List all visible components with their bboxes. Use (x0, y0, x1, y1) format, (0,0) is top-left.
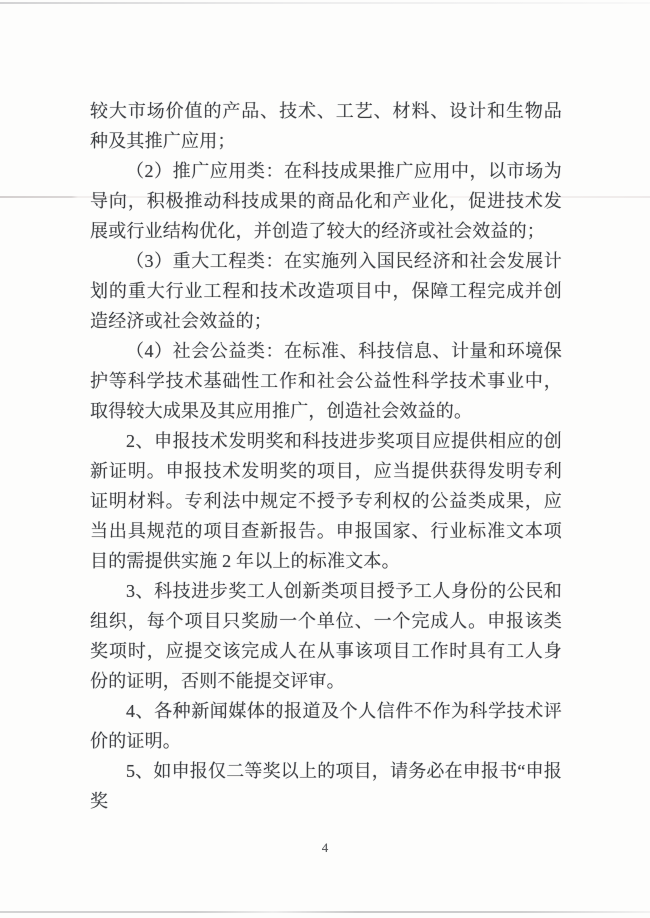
paragraph: 5、如申报仅二等奖以上的项目，请务必在申报书“申报奖 (90, 756, 562, 816)
paragraph: 2、申报技术发明奖和科技进步奖项目应提供相应的创新证明。申报技术发明奖的项目，应… (90, 426, 562, 576)
page-number: 4 (0, 840, 650, 856)
paragraph: 3、科技进步奖工人创新类项目授予工人身份的公民和组织，每个项目只奖励一个单位、一… (90, 576, 562, 696)
paragraph: （2）推广应用类：在科技成果推广应用中，以市场为导向，积极推动科技成果的商品化和… (90, 156, 562, 246)
document-page: 较大市场价值的产品、技术、工艺、材料、设计和生物品种及其推广应用；（2）推广应用… (0, 0, 650, 918)
scan-artifact-top-edge (0, 2, 650, 4)
paragraph: （4）社会公益类：在标准、科技信息、计量和环境保护等科学技术基础性工作和社会公益… (90, 336, 562, 426)
document-body: 较大市场价值的产品、技术、工艺、材料、设计和生物品种及其推广应用；（2）推广应用… (90, 96, 562, 816)
scan-artifact-bottom-edge (0, 911, 650, 913)
paragraph: （3）重大工程类：在实施列入国民经济和社会发展计划的重大行业工程和技术改造项目中… (90, 246, 562, 336)
paragraph: 4、各种新闻媒体的报道及个人信件不作为科学技术评价的证明。 (90, 696, 562, 756)
paragraph: 较大市场价值的产品、技术、工艺、材料、设计和生物品种及其推广应用； (90, 96, 562, 156)
